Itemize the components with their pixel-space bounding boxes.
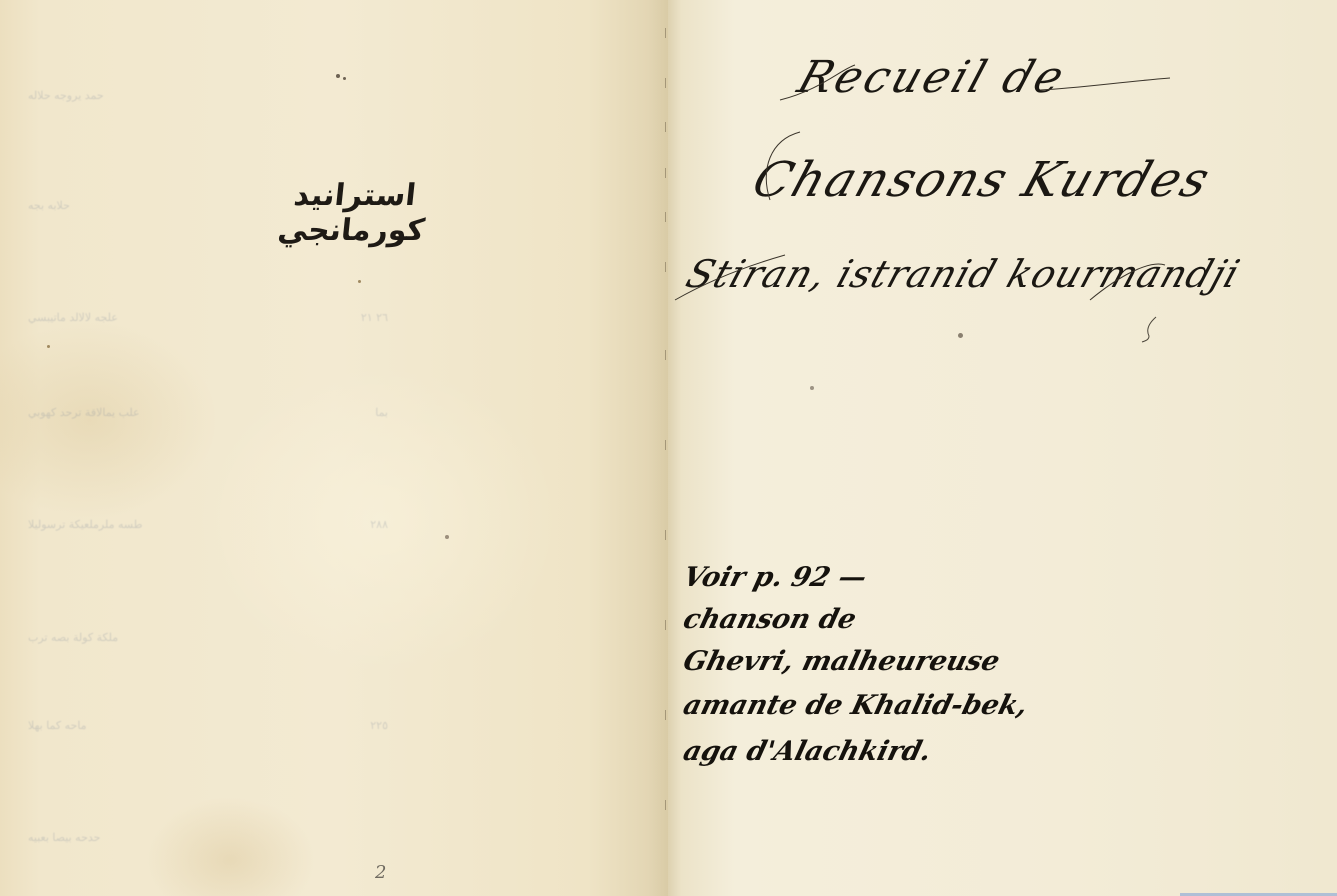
binding-stitch <box>665 212 670 222</box>
binding-stitch <box>665 28 670 38</box>
bleed-through-number: ٢٦ ٢١ <box>361 311 388 324</box>
left-page: حمد يروجه حلاله حلابه بجه علجه لالالد ما… <box>0 0 668 896</box>
ink-speck <box>958 333 963 338</box>
bleed-through-number: ٢٨٨ <box>370 518 388 531</box>
bleed-through-entry: علجه لالالد ماتيبسي ٢٦ ٢١ <box>28 310 388 324</box>
subtitle-stiran: Stiran, istranid kourmandji <box>681 252 1246 296</box>
note-line-2: chanson de <box>680 604 859 635</box>
ink-speck <box>343 77 346 80</box>
ink-speck <box>810 386 814 390</box>
binding-stitch <box>665 262 670 272</box>
binding-stitch <box>665 530 670 540</box>
bleed-through-number: ٢٢٥ <box>370 719 388 732</box>
bleed-through-entry: طسه ملرملعيكة ترسوليلا ٢٨٨ <box>28 517 388 531</box>
bleed-through-text: علجه لالالد ماتيبسي <box>28 311 118 324</box>
title-recueil-de: Recueil de <box>792 52 1073 103</box>
bleed-through-text: حدحه بيصا بعبيه <box>28 831 100 844</box>
bleed-through-entry: حلابه بجه <box>28 198 158 212</box>
page-number: 2 <box>375 862 386 883</box>
bleed-through-entry: حدحه بيصا بعبيه <box>28 830 168 844</box>
bleed-through-text: علب يمالاقة ترحد كهوبي <box>28 406 140 419</box>
binding-stitch <box>665 440 670 450</box>
binding-stitch <box>665 620 670 630</box>
binding-stitch <box>665 710 670 720</box>
ink-speck <box>336 74 340 78</box>
note-line-4: amante de Khalid-bek, <box>680 690 1031 721</box>
ink-speck <box>47 345 50 348</box>
note-line-3: Ghevri, malheureuse <box>680 646 1003 677</box>
binding-stitch <box>665 800 670 810</box>
ink-speck <box>358 280 361 283</box>
manuscript-spread: حمد يروجه حلاله حلابه بجه علجه لالالد ما… <box>0 0 1337 896</box>
arabic-title: استرانيد كورمانجي <box>214 178 491 248</box>
binding-stitch <box>665 122 670 132</box>
bleed-through-entry: حمد يروجه حلاله <box>28 88 388 102</box>
ink-speck <box>445 535 449 539</box>
bleed-through-number: بما <box>375 406 388 419</box>
bleed-through-entry: ماحه كما بهلا ٢٢٥ <box>28 718 388 732</box>
bleed-through-text: ماحه كما بهلا <box>28 719 87 732</box>
bleed-through-text: حلابه بجه <box>28 199 70 212</box>
binding-stitch <box>665 78 670 88</box>
binding-stitch <box>665 168 670 178</box>
title-chansons-kurdes: Chansons Kurdes <box>746 152 1218 208</box>
note-line-5: aga d'Alachkird. <box>680 736 934 767</box>
bleed-through-entry: ملكة كولة بصه ترب <box>28 630 208 644</box>
bleed-through-text: حمد يروجه حلاله <box>28 89 104 102</box>
binding-stitch <box>665 350 670 360</box>
bleed-through-text: طسه ملرملعيكة ترسوليلا <box>28 518 142 531</box>
bleed-through-text: ملكة كولة بصه ترب <box>28 631 118 644</box>
note-line-1: Voir p. 92 — <box>680 562 870 593</box>
bleed-through-entry: علب يمالاقة ترحد كهوبي بما <box>28 405 388 419</box>
